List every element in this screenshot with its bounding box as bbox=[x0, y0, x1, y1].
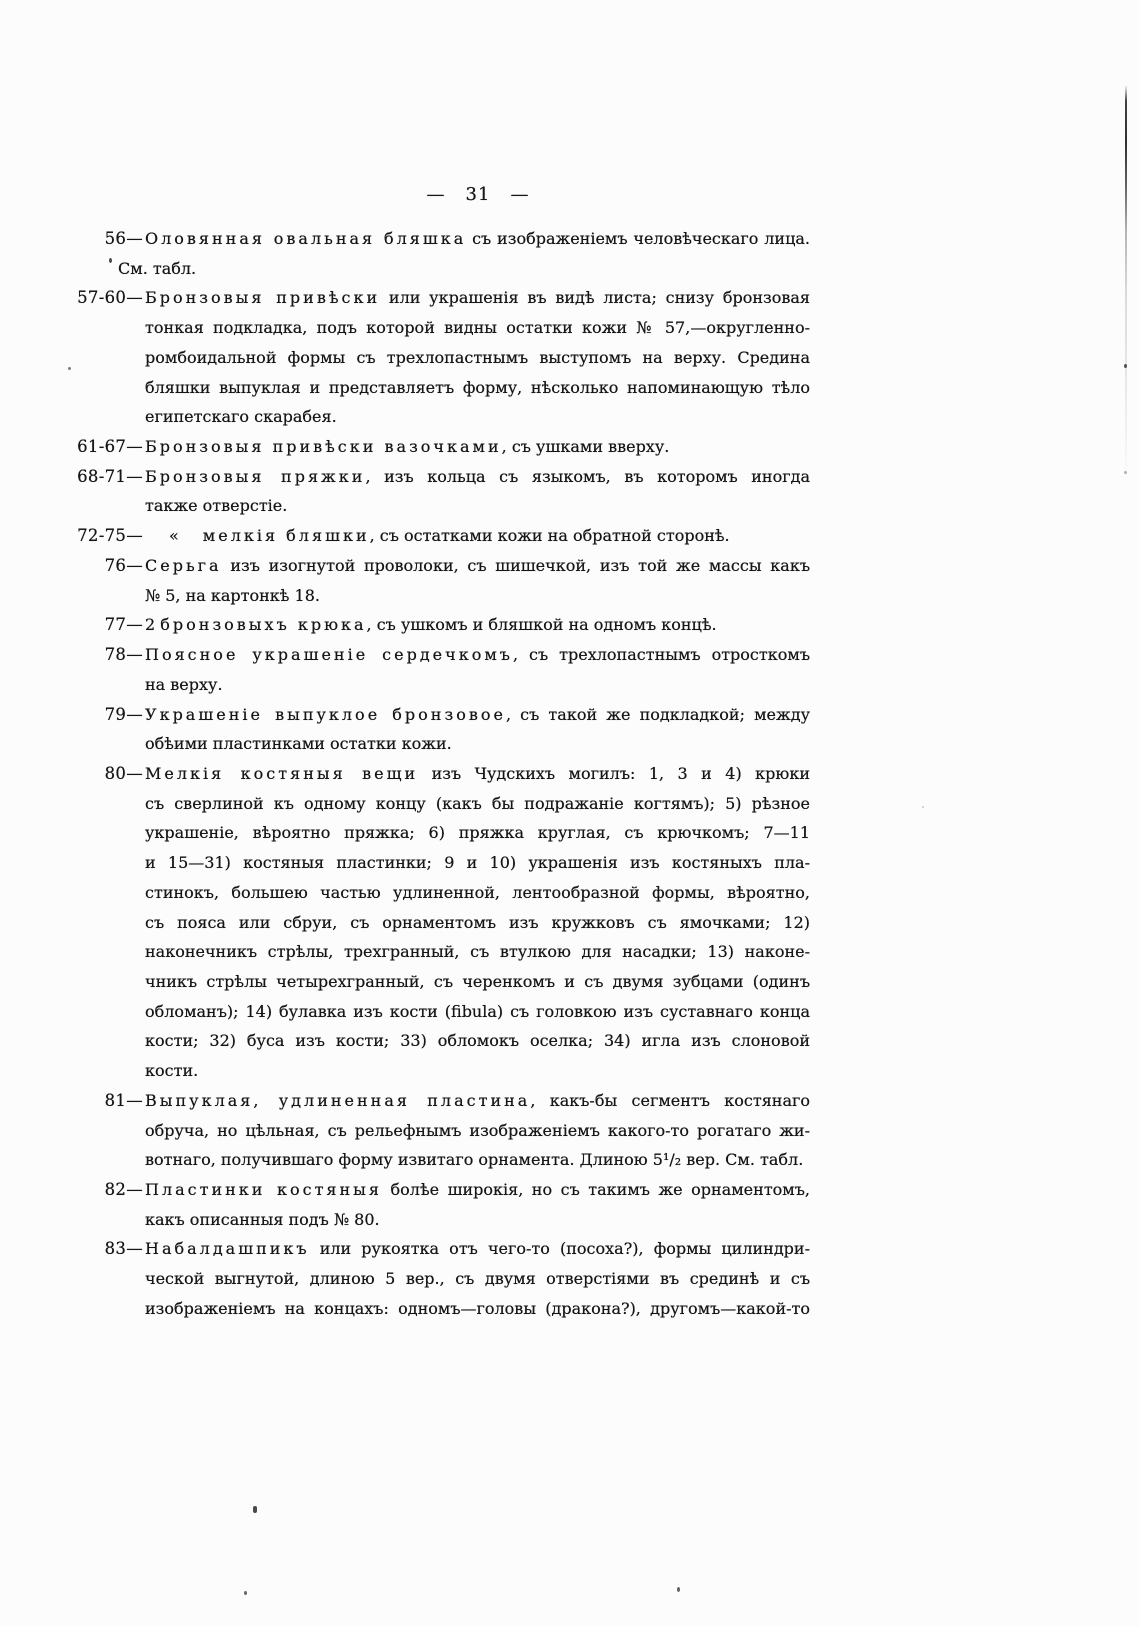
text-line: 68-71—Бронзовыя пряжки, изъ кольца съ яз… bbox=[73, 462, 810, 492]
item-number: 76— bbox=[73, 551, 143, 581]
line-text: № 5, на картонкѣ 18. bbox=[145, 581, 810, 611]
spaced-lead-text: Бронзовыя привѣски bbox=[145, 288, 380, 307]
scan-speck bbox=[253, 1506, 257, 1513]
text-line: также отверстіе. bbox=[73, 491, 810, 521]
line-text: съ пояса или сбруи, съ орнаментомъ изъ к… bbox=[145, 908, 810, 938]
line-text: обруча, но цѣльная, съ рельефнымъ изобра… bbox=[145, 1116, 810, 1146]
line-text: ческой выгнутой, длиною 5 вер., съ двумя… bbox=[145, 1264, 810, 1294]
scan-speck bbox=[922, 806, 924, 808]
spaced-lead-text: бронзовыхъ крюка bbox=[160, 615, 366, 634]
spaced-lead-text: Пластинки костяныя bbox=[145, 1180, 382, 1199]
line-text: также отверстіе. bbox=[145, 491, 810, 521]
text-line: египетскаго скарабея. bbox=[73, 402, 810, 432]
line-text: изображеніемъ на концахъ: одномъ—головы … bbox=[145, 1294, 810, 1324]
text-line: украшеніе, вѣроятно пряжка; 6) пряжка кр… bbox=[73, 818, 810, 848]
line-text: чникъ стрѣлы четырехгранный, съ черенком… bbox=[145, 967, 810, 997]
scanned-book-page: — 31 — 56—Оловянная овальная бляшка съ и… bbox=[0, 0, 1140, 1626]
text-line: съ пояса или сбруи, съ орнаментомъ изъ к… bbox=[73, 908, 810, 938]
spaced-lead-text: мелкія бляшки bbox=[203, 526, 370, 545]
text-line: 76—Серьга изъ изогнутой проволоки, съ ши… bbox=[73, 551, 810, 581]
item-number: 57-60— bbox=[73, 283, 143, 313]
spaced-lead-text: Бронзовыя пряжки bbox=[145, 467, 365, 486]
line-text: какъ описанныя подъ № 80. bbox=[145, 1205, 810, 1235]
line-text: кости; 32) буса изъ кости; 33) обломокъ … bbox=[145, 1026, 810, 1056]
line-text: на верху. bbox=[145, 670, 810, 700]
text-line: См. табл. bbox=[73, 254, 810, 284]
text-line: 81—Выпуклая, удлиненная пластина, какъ-б… bbox=[73, 1086, 810, 1116]
text-line: № 5, на картонкѣ 18. bbox=[73, 581, 810, 611]
scan-speck bbox=[677, 1587, 680, 1592]
text-line: стинокъ, большею частью удлиненной, лент… bbox=[73, 878, 810, 908]
text-line: 77—2 бронзовыхъ крюка, съ ушкомъ и бляшк… bbox=[73, 610, 810, 640]
text-line: 57-60—Бронзовыя привѣски или украшенія в… bbox=[73, 283, 810, 313]
line-text: Пластинки костяныя болѣе широкія, но съ … bbox=[145, 1175, 810, 1205]
spaced-lead-text: Серьга bbox=[145, 556, 222, 575]
text-line: на верху. bbox=[73, 670, 810, 700]
line-text: наконечникъ стрѣлы, трехгранный, съ втул… bbox=[145, 937, 810, 967]
line-text: Серьга изъ изогнутой проволоки, съ шишеч… bbox=[145, 551, 810, 581]
text-line: кости; 32) буса изъ кости; 33) обломокъ … bbox=[73, 1026, 810, 1056]
text-line: ческой выгнутой, длиною 5 вер., съ двумя… bbox=[73, 1264, 810, 1294]
item-number: 82— bbox=[73, 1175, 143, 1205]
line-text: и 15—31) костяныя пластинки; 9 и 10) укр… bbox=[145, 848, 810, 878]
text-line: наконечникъ стрѣлы, трехгранный, съ втул… bbox=[73, 937, 810, 967]
line-text: Поясное украшеніе сердечкомъ, съ трехлоп… bbox=[145, 640, 810, 670]
text-line: съ сверлиной къ одному концу (какъ бы по… bbox=[73, 789, 810, 819]
text-line: бляшки выпуклая и представляетъ форму, н… bbox=[73, 373, 810, 403]
text-line: обруча, но цѣльная, съ рельефнымъ изобра… bbox=[73, 1116, 810, 1146]
item-number: 79— bbox=[73, 700, 143, 730]
scan-speck bbox=[68, 367, 71, 370]
line-text: бляшки выпуклая и представляетъ форму, н… bbox=[145, 373, 810, 403]
line-text: ромбоидальной формы съ трехлопастнымъ вы… bbox=[145, 343, 810, 373]
line-text: египетскаго скарабея. bbox=[145, 402, 810, 432]
scan-speck bbox=[1124, 364, 1127, 368]
text-block: 56—Оловянная овальная бляшка съ изображе… bbox=[73, 224, 810, 1324]
item-number: 80— bbox=[73, 759, 143, 789]
text-line: 79—Украшеніе выпуклое бронзовое, съ тако… bbox=[73, 700, 810, 730]
line-text: Оловянная овальная бляшка съ изображеніе… bbox=[145, 224, 810, 254]
scan-speck bbox=[1124, 471, 1127, 474]
item-number: 68-71— bbox=[73, 462, 143, 492]
page-number-header: — 31 — bbox=[333, 180, 623, 210]
text-line: 80—Мелкія костяныя вещи изъ Чудскихъ мог… bbox=[73, 759, 810, 789]
line-text: обѣими пластинками остатки кожи. bbox=[145, 729, 810, 759]
scan-speck bbox=[244, 1591, 247, 1595]
text-line: 56—Оловянная овальная бляшка съ изображе… bbox=[73, 224, 810, 254]
item-number: 61-67— bbox=[73, 432, 143, 462]
spaced-lead-text: Оловянная овальная бляшка bbox=[145, 229, 466, 248]
scan-speck bbox=[109, 258, 112, 263]
text-line: 61-67—Бронзовыя привѣски вазочками, съ у… bbox=[73, 432, 810, 462]
text-line: изображеніемъ на концахъ: одномъ—головы … bbox=[73, 1294, 810, 1324]
text-line: обломанъ); 14) булавка изъ кости (fibula… bbox=[73, 997, 810, 1027]
line-text: Бронзовыя пряжки, изъ кольца съ языкомъ,… bbox=[145, 462, 810, 492]
line-text: Выпуклая, удлиненная пластина, какъ-бы с… bbox=[145, 1086, 810, 1116]
spaced-lead-text: Украшеніе выпуклое бронзовое bbox=[145, 705, 506, 724]
scan-artifact-vline bbox=[1125, 85, 1127, 490]
spaced-lead-text: Мелкія костяныя вещи bbox=[145, 764, 418, 783]
spaced-lead-text: Бронзовыя привѣски вазочками bbox=[145, 437, 502, 456]
line-text: обломанъ); 14) булавка изъ кости (fibula… bbox=[145, 997, 810, 1027]
text-line: и 15—31) костяныя пластинки; 9 и 10) укр… bbox=[73, 848, 810, 878]
item-number: 83— bbox=[73, 1234, 143, 1264]
text-line: 82—Пластинки костяныя болѣе широкія, но … bbox=[73, 1175, 810, 1205]
text-line: тонкая подкладка, подъ которой видны ост… bbox=[73, 313, 810, 343]
text-line: 78—Поясное украшеніе сердечкомъ, съ трех… bbox=[73, 640, 810, 670]
item-number: 78— bbox=[73, 640, 143, 670]
line-text: стинокъ, большею частью удлиненной, лент… bbox=[145, 878, 810, 908]
line-text: украшеніе, вѣроятно пряжка; 6) пряжка кр… bbox=[145, 818, 810, 848]
text-line: 72-75— « мелкія бляшки, съ остатками кож… bbox=[73, 521, 810, 551]
line-text: тонкая подкладка, подъ которой видны ост… bbox=[145, 313, 810, 343]
text-line: какъ описанныя подъ № 80. bbox=[73, 1205, 810, 1235]
line-text: Бронзовыя привѣски или украшенія въ видѣ… bbox=[145, 283, 810, 313]
spaced-lead-text: Выпуклая, удлиненная пластина bbox=[145, 1091, 530, 1110]
line-text: Украшеніе выпуклое бронзовое, съ такой ж… bbox=[145, 700, 810, 730]
line-text: Мелкія костяныя вещи изъ Чудскихъ могилъ… bbox=[145, 759, 810, 789]
line-text: « мелкія бляшки, съ остатками кожи на об… bbox=[145, 521, 810, 551]
item-number: 72-75— bbox=[73, 521, 143, 551]
text-line: кости. bbox=[73, 1056, 810, 1086]
text-line: чникъ стрѣлы четырехгранный, съ черенком… bbox=[73, 967, 810, 997]
line-text: Бронзовыя привѣски вазочками, съ ушками … bbox=[145, 432, 810, 462]
spaced-lead-text: Поясное украшеніе сердечкомъ bbox=[145, 645, 513, 664]
text-line: 83—Набалдашпикъ или рукоятка отъ чего-то… bbox=[73, 1234, 810, 1264]
spaced-lead-text: Набалдашпикъ bbox=[145, 1239, 310, 1258]
line-text: вотнаго, получившаго форму извитаго орна… bbox=[145, 1145, 810, 1175]
line-text: См. табл. bbox=[118, 254, 810, 284]
line-text: Набалдашпикъ или рукоятка отъ чего-то (п… bbox=[145, 1234, 810, 1264]
line-text: съ сверлиной къ одному концу (какъ бы по… bbox=[145, 789, 810, 819]
text-line: обѣими пластинками остатки кожи. bbox=[73, 729, 810, 759]
text-line: вотнаго, получившаго форму извитаго орна… bbox=[73, 1145, 810, 1175]
item-number: 81— bbox=[73, 1086, 143, 1116]
line-text: кости. bbox=[145, 1056, 810, 1086]
line-text: 2 бронзовыхъ крюка, съ ушкомъ и бляшкой … bbox=[145, 610, 810, 640]
item-number: 56— bbox=[73, 224, 143, 254]
text-line: ромбоидальной формы съ трехлопастнымъ вы… bbox=[73, 343, 810, 373]
item-number: 77— bbox=[73, 610, 143, 640]
